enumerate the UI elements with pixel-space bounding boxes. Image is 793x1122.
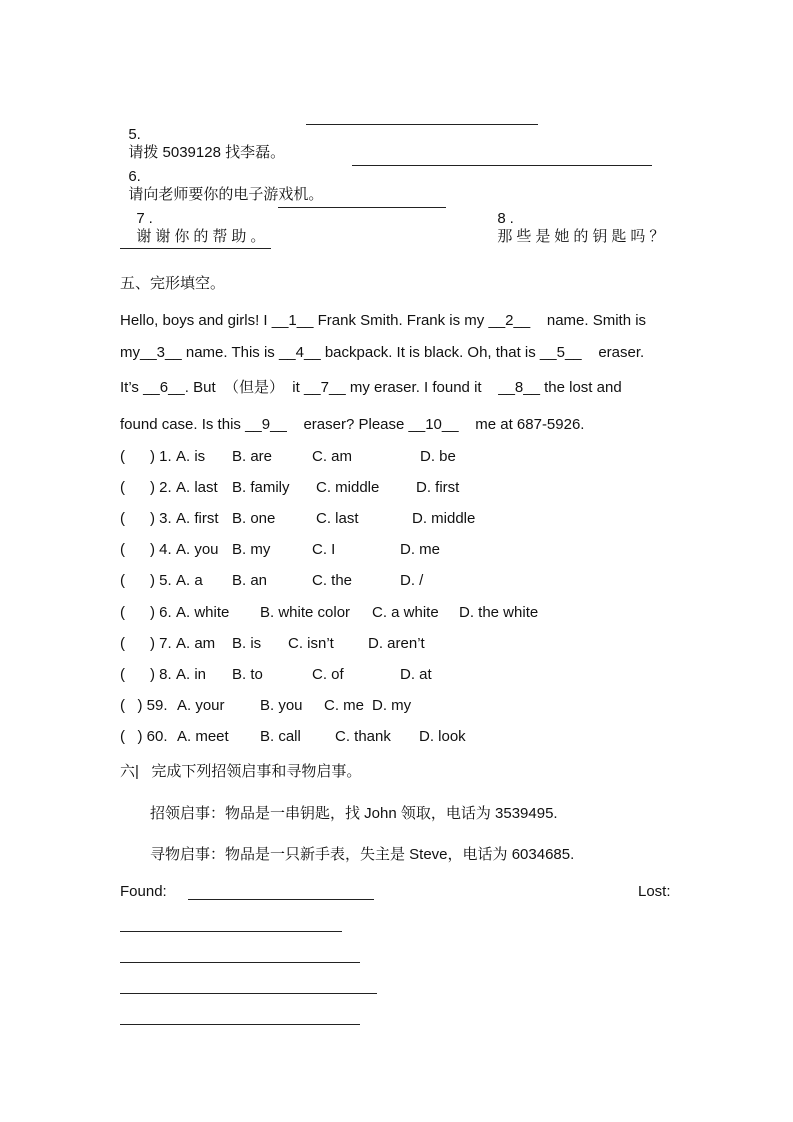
answer-blank-line-1[interactable] xyxy=(120,931,342,932)
translation-item-7: 7. 谢谢你的帮助。 xyxy=(120,192,269,246)
section-title-notices: 六| 完成下列招领启事和寻物启事。 xyxy=(120,763,361,781)
lost-label: Lost: xyxy=(638,883,671,901)
found-blank-1[interactable] xyxy=(188,899,374,900)
option-c: C. a white xyxy=(372,604,439,622)
option-d: D. / xyxy=(400,572,423,590)
item-number: 6. xyxy=(128,168,141,185)
lost-notice-info: 寻物启事：物品是一只新手表，失主是 Steve，电话为 6034685. xyxy=(150,846,574,864)
option-a: A. white xyxy=(176,604,229,622)
item-number: 8. xyxy=(497,210,518,227)
item-text: 那些是她的钥匙吗？ xyxy=(497,228,668,245)
option-b: B. white color xyxy=(260,604,350,622)
question-prefix[interactable]: ( ) 59. xyxy=(120,697,168,715)
option-b: B. one xyxy=(232,510,275,528)
option-b: B. call xyxy=(260,728,301,746)
option-b: B. to xyxy=(232,666,263,684)
option-c: C. I xyxy=(312,541,335,559)
question-prefix[interactable]: ( ) 60. xyxy=(120,728,168,746)
option-c: C. of xyxy=(312,666,344,684)
option-d: D. me xyxy=(400,541,440,559)
option-a: A. first xyxy=(176,510,219,528)
question-prefix[interactable]: ( ) 7. xyxy=(120,635,172,653)
found-notice-info: 招领启事：物品是一串钥匙，找 John 领取，电话为 3539495. xyxy=(150,805,558,823)
option-a: A. meet xyxy=(177,728,229,746)
option-c: C. am xyxy=(312,448,352,466)
found-label: Found: xyxy=(120,883,167,901)
answer-blank-6[interactable] xyxy=(352,165,652,166)
option-c: C. thank xyxy=(335,728,391,746)
option-a: A. in xyxy=(176,666,206,684)
option-c: C. me xyxy=(324,697,364,715)
option-c: C. middle xyxy=(316,479,379,497)
answer-blank-7[interactable] xyxy=(278,207,446,208)
passage-line-3: It’s __6__. But （但是） it __7__ my eraser.… xyxy=(120,379,622,397)
option-b: B. is xyxy=(232,635,261,653)
item-text: 谢谢你的帮助。 xyxy=(136,228,269,245)
option-d: D. aren’t xyxy=(368,635,425,653)
question-prefix[interactable]: ( ) 4. xyxy=(120,541,172,559)
option-b: B. are xyxy=(232,448,272,466)
question-prefix[interactable]: ( ) 2. xyxy=(120,479,172,497)
passage-line-2: my__3__ name. This is __4__ backpack. It… xyxy=(120,344,644,362)
option-c: C. the xyxy=(312,572,352,590)
option-b: B. you xyxy=(260,697,303,715)
question-prefix[interactable]: ( ) 3. xyxy=(120,510,172,528)
question-prefix[interactable]: ( ) 1. xyxy=(120,448,172,466)
item-number: 5. xyxy=(128,126,141,143)
option-b: B. family xyxy=(232,479,290,497)
answer-blank-8[interactable] xyxy=(120,248,271,249)
option-d: D. the white xyxy=(459,604,538,622)
option-a: A. you xyxy=(176,541,219,559)
option-d: D. at xyxy=(400,666,432,684)
item-number: 7. xyxy=(136,210,157,227)
option-d: D. first xyxy=(416,479,459,497)
translation-item-8: 8. 那些是她的钥匙吗？ xyxy=(481,192,668,246)
option-a: A. a xyxy=(176,572,203,590)
question-prefix[interactable]: ( ) 5. xyxy=(120,572,172,590)
option-b: B. my xyxy=(232,541,270,559)
answer-blank-line-3[interactable] xyxy=(120,993,377,994)
answer-blank-line-2[interactable] xyxy=(120,962,360,963)
option-a: A. last xyxy=(176,479,218,497)
section-title-cloze: 五、完形填空。 xyxy=(120,275,225,293)
option-a: A. is xyxy=(176,448,205,466)
passage-line-1: Hello, boys and girls! I __1__ Frank Smi… xyxy=(120,312,673,330)
option-d: D. look xyxy=(419,728,466,746)
answer-blank-5[interactable] xyxy=(306,124,538,125)
option-b: B. an xyxy=(232,572,267,590)
answer-blank-line-4[interactable] xyxy=(120,1024,360,1025)
passage-line-4: found case. Is this __9__ eraser? Please… xyxy=(120,416,584,434)
option-a: A. am xyxy=(176,635,215,653)
option-d: D. be xyxy=(420,448,456,466)
option-d: D. my xyxy=(372,697,411,715)
question-prefix[interactable]: ( ) 8. xyxy=(120,666,172,684)
option-d: D. middle xyxy=(412,510,475,528)
question-prefix[interactable]: ( ) 6. xyxy=(120,604,172,622)
option-a: A. your xyxy=(177,697,225,715)
option-c: C. isn’t xyxy=(288,635,334,653)
option-c: C. last xyxy=(316,510,359,528)
